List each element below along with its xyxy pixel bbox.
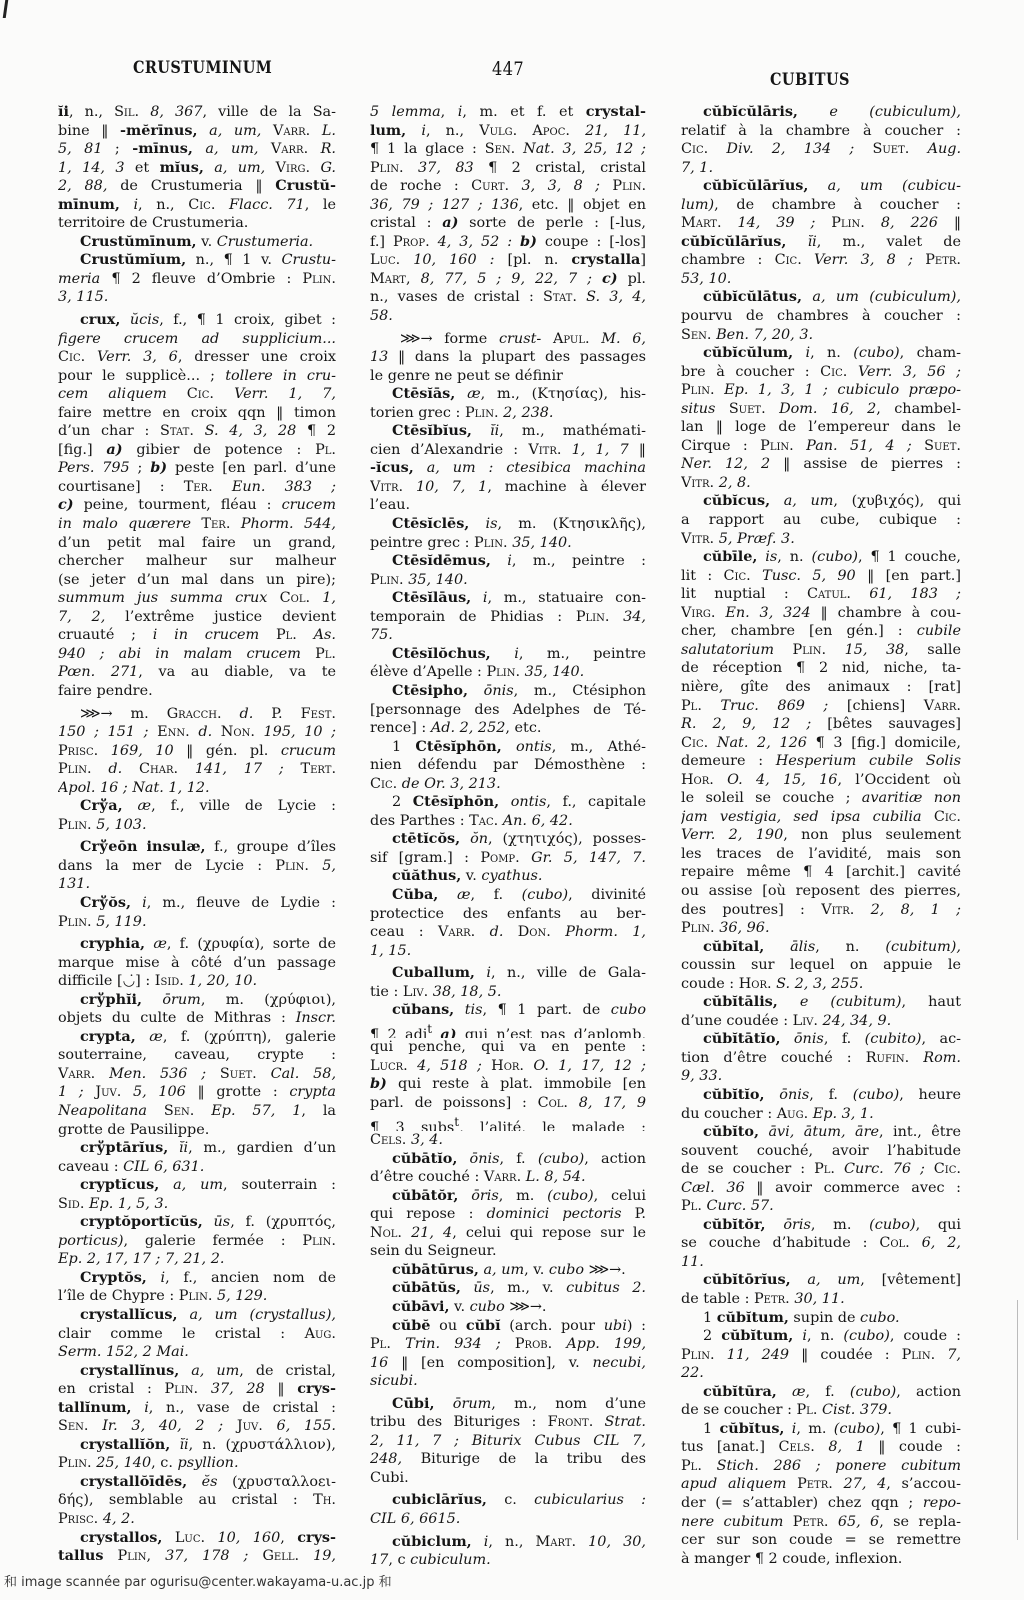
entry-line: du coucher : Aug. Ep. 3, 1. (681, 1105, 961, 1124)
entry-line: in malo quærere Ter. Phorm. 544, (58, 515, 336, 534)
entry-line: figere crucem ad supplicium... (58, 330, 336, 349)
entry-line: 5 lemma, i, m. et f. et crystal- (370, 103, 646, 122)
entry-line: Ctēsĭbĭus, ĭi, m., mathémati- (370, 422, 646, 441)
entry-line: cryphia, æ, f. (χρυφία), sorte de (58, 935, 336, 954)
entry-line: Pœn. 271, va au diable, va te (58, 663, 336, 682)
entry-line: situs Suet. Dom. 16, 2, chambel- (681, 400, 961, 419)
entry-line: Cirque : Plin. Pan. 51, 4 ; Suet. (681, 437, 961, 456)
entry-line: cem aliquem Cic. Verr. 1, 7, (58, 385, 336, 404)
entry-line: sein du Seigneur. (370, 1242, 646, 1261)
entry-line: ¶ 2 adjt a) qui n’est pas d’aplomb, (370, 1020, 646, 1039)
entry-line: Sen. Ir. 3, 40, 2 ; Juv. 6, 155. (58, 1417, 336, 1436)
entry-line: Cic. Verr. 3, 6, dresser une croix (58, 348, 336, 367)
entry-line: sif [gram.] : Pomp. Gr. 5, 147, 7. (370, 849, 646, 868)
entry-line: parl. de poissons] : Col. 8, 17, 9 (370, 1094, 646, 1113)
entry-line: 5, 81 ; -mīnus, a, um, Varr. R. (58, 140, 336, 159)
entry-line: Ctēsĭās, æ, m., (Κτησίας), his- (370, 385, 646, 404)
entry-line: tribu des Bituriges : Front. Strat. (370, 1413, 646, 1432)
entry-line: Sen. Ben. 7, 20, 3. (681, 326, 961, 345)
entry-line: territoire de Crustumeria. (58, 214, 336, 233)
entry-line: cŭbātĭo, ōnis, f. (cubo), action (370, 1150, 646, 1169)
entry-line: ou assise [où reposent des pierres, (681, 882, 961, 901)
entry-line: jam vestigia, sed ipsa cubilia Cic. (681, 808, 961, 827)
entry-line: Crўeōn insulæ, f., groupe d’îles (58, 838, 336, 857)
entry-line: marque mise à côté d’un passage (58, 954, 336, 973)
entry-line: Pl. Truc. 869 ; [chiens] Varr. (681, 697, 961, 716)
entry-line: summum jus summa crux Col. 1, (58, 589, 336, 608)
entry-line: pour le supplicè... ; tollere in cru- (58, 367, 336, 386)
entry-line: objets du culte de Mithras : Inscr. (58, 1009, 336, 1028)
entry-line: crypta, æ, f. (χρύπτη), galerie (58, 1028, 336, 1047)
entry-line: tallĭnum, i, n., vase de cristal : (58, 1399, 336, 1418)
entry-line: der (= s’attabler) chez qqn ; repo- (681, 1494, 961, 1513)
entry-line: cŭbĭcŭlāris, e (cubiculum), (681, 103, 961, 122)
entry-line: Ep. 2, 17, 17 ; 7, 21, 2. (58, 1250, 336, 1269)
entry-line: dans la mer de Lycie : Plin. 5, (58, 857, 336, 876)
entry-line: 940 ; abi in malam crucem Pl. (58, 645, 336, 664)
entry-line: CIL 6, 6615. (370, 1510, 646, 1529)
entry-line: ceau : Varr. d. Don. Phorm. 1, (370, 923, 646, 942)
entry-line: Vitr. 10, 7, 1, machine à élever (370, 478, 646, 497)
entry-line: coude : Hor. S. 2, 3, 255. (681, 975, 961, 994)
entry-line: grotte de Pausilippe. (58, 1121, 336, 1140)
scan-credit: 和 image scannée par ogurisu@center.wakay… (4, 1571, 392, 1590)
entry-line: Pl. Curc. 57. (681, 1197, 961, 1216)
entry-line: Vitr. 2, 8. (681, 474, 961, 493)
entry-line: meria ¶ 2 fleuve d’Ombrie : Plin. (58, 270, 336, 289)
entry-line: 7, 2, l’extrême justice devient (58, 608, 336, 627)
entry-line: crystallŏīdēs, ĕs (χρυσταλλοει- (58, 1473, 336, 1492)
entry-line: 131. (58, 875, 336, 894)
entry-line: Plin. 5, 103. (58, 816, 336, 835)
entry-line: Plin. Ep. 1, 3, 1 ; cubiculo præpo- (681, 381, 961, 400)
entry-line: Apol. 16 ; Nat. 1, 12. (58, 779, 336, 798)
entry-line: 1 cŭbĭtum, supin de cubo. (681, 1309, 961, 1328)
entry-line: repaire même ¶ 4 [archit.] cavité (681, 863, 961, 882)
entry-line: lit : Cic. Tusc. 5, 90 ‖ [en part.] (681, 567, 961, 586)
entry-line: Varr. Men. 536 ; Suet. Cal. 58, (58, 1065, 336, 1084)
entry-line: crystallĭŏn, ĭi, n. (χρυστάλλιον), (58, 1436, 336, 1455)
entry-line: crystallĭcus, a, um (crystallus), (58, 1306, 336, 1325)
entry-line: cŭbĕ ou cŭbĭ (arch. pour ubi) : (370, 1317, 646, 1336)
entry-line: d’un petit mal faire un grand, (58, 534, 336, 553)
entry-line: 150 ; 151 ; Enn. d. Non. 195, 10 ; (58, 723, 336, 742)
entry-line: cŭbĭtūra, æ, f. (cubo), action (681, 1383, 961, 1402)
entry-line: lan ‖ loge de l’empereur dans le (681, 418, 961, 437)
entry-line: Lucr. 4, 518 ; Hor. O. 1, 17, 12 ; (370, 1057, 646, 1076)
entry-line: lum), de chambre à coucher : (681, 196, 961, 215)
entry-line: de réception ¶ 2 nid, niche, ta- (681, 659, 961, 678)
entry-line: Virg. En. 3, 324 ‖ chambre à cou- (681, 604, 961, 623)
entry-line: cŭbĭto, āvi, ātum, āre, int., être (681, 1123, 961, 1142)
entry-line: cŭăthus, v. cyathus. (370, 867, 646, 886)
entry-line: (se jeter d’un mal dans un pire); (58, 571, 336, 590)
entry-line: tie : Liv. 38, 18, 5. (370, 983, 646, 1002)
entry-line: cryptŏportĭcŭs, ūs, f. (χρυπτός, (58, 1213, 336, 1232)
entry-line: rence] : Ad. 2, 252, etc. (370, 719, 646, 738)
entry-line: cŭbĭtōrĭus, a, um, [vêtement] (681, 1271, 961, 1290)
entry-line: qui repose : dominici pectoris P. (370, 1205, 646, 1224)
entry-line: le soleil se couche ; avaritiæ non (681, 789, 961, 808)
entry-line: 17, c cubiculum. (370, 1551, 646, 1570)
entry-line: se couche d’habitude : Col. 6, 2, (681, 1234, 961, 1253)
entry-line: R. 2, 9, 12 ; [bêtes sauvages] (681, 715, 961, 734)
entry-line: des Parthes : Tac. An. 6, 42. (370, 812, 646, 831)
entry-line: nien défendu par Démosthène : (370, 756, 646, 775)
entry-line: l’île de Chypre : Plin. 5, 129. (58, 1287, 336, 1306)
entry-line: cŭbĭtālis, e (cubitum), haut (681, 993, 961, 1012)
entry-line: les traces de l’avidité, mais son (681, 845, 961, 864)
entry-line: Cubi. (370, 1469, 646, 1488)
entry-line: apud aliquem Petr. 27, 4, s’accou- (681, 1475, 961, 1494)
entry-line: b) qui reste à plat. immobile [en (370, 1075, 646, 1094)
entry-line: 13 ‖ dans la plupart des passages (370, 348, 646, 367)
entry-line: chambre : Cic. Verr. 3, 8 ; Petr. (681, 251, 961, 270)
entry-line: Ctēsĭdēmus, i, m., peintre : (370, 552, 646, 571)
entry-line: 16 ‖ [en composition], v. necubi, (370, 1354, 646, 1373)
entry-line: ctētĭcŏs, ŏn, (χτητιχός), posses- (370, 830, 646, 849)
entry-line: porticus), galerie fermée : Plin. (58, 1232, 336, 1251)
entry-line: Cæl. 36 ‖ avoir commerce avec : (681, 1179, 961, 1198)
entry-line: faire mettre en croix qqn ‖ timon (58, 404, 336, 423)
entry-line: qui penche, qui va en pente : (370, 1038, 646, 1057)
entry-line: cŭbĭcŭlārĭus, a, um (cubicu- (681, 177, 961, 196)
entry-line: bine ‖ -mĕrīnus, a, um, Varr. L. (58, 122, 336, 141)
entry-line: de se coucher : Pl. Cist. 379. (681, 1401, 961, 1420)
entry-line: 248, Biturige de la tribu des (370, 1450, 646, 1469)
entry-line: δής), semblable au cristal : Th. (58, 1491, 336, 1510)
entry-line: Plin. 37, 83 ¶ 2 cristal, cristal (370, 159, 646, 178)
entry-line: cŭbātŭs, ūs, m., v. cubitus 2. (370, 1279, 646, 1298)
entry-line: cŭbātūrus, a, um, v. cubo ⋙→. (370, 1261, 646, 1280)
entry-line: crystallĭnus, a, um, de cristal, (58, 1362, 336, 1381)
entry-line: crўphĭi, ōrum, m. (χρύφιοι), (58, 991, 336, 1010)
entry-line: ⋙→ m. Gracch. d. P. Fest. (58, 705, 336, 724)
running-head-left: CRUSTUMINUM (133, 58, 272, 78)
entry-line: Crўŏs, i, m., fleuve de Lydie : (58, 894, 336, 913)
entry-line: 1 Ctēsĭphōn, ontis, m., Athé- (370, 738, 646, 757)
entry-line: Plin. 11, 249 ‖ coudée : Plin. 7, (681, 1346, 961, 1365)
entry-line: Ctēsĭlāus, i, m., statuaire con- (370, 589, 646, 608)
entry-line: cŭbans, tis, ¶ 1 part. de cubo (370, 1001, 646, 1020)
entry-line: protectice des enfants au ber- (370, 905, 646, 924)
entry-line: 1 cŭbĭtus, i, m. (cubo), ¶ 1 cubi- (681, 1420, 961, 1439)
entry-line: Sid. Ep. 1, 5, 3. (58, 1195, 336, 1214)
entry-line: Luc. 10, 160 : [pl. n. crystalla] (370, 251, 646, 270)
entry-line: a rapport au cube, cubique : (681, 511, 961, 530)
scan-corner-mark (3, 0, 9, 18)
entry-line: crўptārĭus, ĭi, m., gardien d’un (58, 1139, 336, 1158)
entry-line: lit nuptial : Catul. 61, 183 ; (681, 585, 961, 604)
entry-line: Cic. de Or. 3, 213. (370, 775, 646, 794)
entry-line: cŭbiclum, i, n., Mart. 10, 30, (370, 1533, 646, 1552)
entry-line: de table : Petr. 30, 11. (681, 1290, 961, 1309)
entry-line: cŭbĭcŭlārĭus, ĭi, m., valet de (681, 233, 961, 252)
entry-line: peintre grec : Plin. 35, 140. (370, 534, 646, 553)
entry-line: 3, 115. (58, 288, 336, 307)
entry-line: cŭbīle, is, n. (cubo), ¶ 1 couche, (681, 548, 961, 567)
entry-line: Cŭba, æ, f. (cubo), divinité (370, 886, 646, 905)
entry-line: de se coucher : Pl. Curc. 76 ; Cic. (681, 1160, 961, 1179)
entry-line: coussin sur lequel on appuie le (681, 956, 961, 975)
entry-line: 2, 88, de Crustumeria ‖ Crustŭ- (58, 177, 336, 196)
entry-line: cristal : a) sorte de perle : [-lus, (370, 214, 646, 233)
entry-line: Cūbi, ōrum, m., nom d’une (370, 1395, 646, 1414)
entry-line: 2, 11, 7 ; Biturix Cubus CIL 7, (370, 1432, 646, 1451)
entry-line: 75. (370, 626, 646, 645)
entry-line: nière, gîte des animaux : [rat] (681, 678, 961, 697)
entry-line: demeure : Hesperium cubile Solis (681, 752, 961, 771)
entry-line: à manger ¶ 2 coude, inflexion. (681, 1550, 961, 1569)
entry-line: difficile [◡̇] : Isid. 1, 20, 10. (58, 972, 336, 991)
page-number: 447 (492, 58, 524, 80)
entry-line: Cic. Div. 2, 134 ; Suet. Aug. (681, 140, 961, 159)
entry-line: tion d’être couché : Rufin. Rom. (681, 1049, 961, 1068)
entry-line: n., vases de cristal : Stat. S. 3, 4, (370, 288, 646, 307)
entry-line: ¶ 3 subst, l’alité, le malade : (370, 1113, 646, 1132)
entry-line: cer sur son coude = se remettre (681, 1531, 961, 1550)
entry-line: d’un char : Stat. S. 4, 3, 28 ¶ 2 (58, 422, 336, 441)
entry-line: Cuballum, i, n., ville de Gala- (370, 964, 646, 983)
scan-edge-line (1017, 1300, 1018, 1540)
entry-line: cryptĭcus, a, um, souterrain : (58, 1176, 336, 1195)
entry-line: Mart. 14, 39 ; Plin. 8, 226 ‖ (681, 214, 961, 233)
entry-line: chercher malheur sur malheur (58, 552, 336, 571)
entry-line: 9, 33. (681, 1067, 961, 1086)
entry-line: Plin. d. Char. 141, 17 ; Tert. (58, 760, 336, 779)
entry-line: Crustŭmĭum, n., ¶ 1 v. Crustu- (58, 251, 336, 270)
entry-line: 22. (681, 1364, 961, 1383)
entry-line: Pers. 795 ; b) peste [en parl. d’une (58, 459, 336, 478)
entry-line: Cic. Nat. 2, 126 ¶ 3 [fig.] domicile, (681, 734, 961, 753)
entry-line: Ner. 12, 2 ‖ assise de pierres : (681, 455, 961, 474)
entry-line: Crўa, æ, f., ville de Lycie : (58, 797, 336, 816)
entry-line: -ĭcus, a, um : ctesibica machina (370, 459, 646, 478)
entry-line: en cristal : Plin. 37, 28 ‖ crys- (58, 1380, 336, 1399)
entry-line: cŭbĭcŭlum, i, n. (cubo), cham- (681, 344, 961, 363)
entry-line: Hor. O. 4, 15, 16, l’Occident où (681, 771, 961, 790)
entry-line: ¶ 1 la glace : Sen. Nat. 3, 25, 12 ; (370, 140, 646, 159)
entry-line: salutatorium Plin. 15, 38, salle (681, 641, 961, 660)
entry-line: tus [anat.] Cels. 8, 1 ‖ coude : (681, 1438, 961, 1457)
entry-line: d’être couché : Varr. L. 8, 54. (370, 1168, 646, 1187)
entry-line: cŭbātŏr, ōris, m. (cubo), celui (370, 1187, 646, 1206)
entry-line: torien grec : Plin. 2, 238. (370, 404, 646, 423)
entry-line: Plin. 25, 140, c. psyllion. (58, 1454, 336, 1473)
entry-line: caveau : CIL 6, 631. (58, 1158, 336, 1177)
entry-line: 36, 79 ; 127 ; 136, etc. ‖ objet en (370, 196, 646, 215)
entry-line: le genre ne peut se définir (370, 367, 646, 386)
entry-line: [fig.] a) gibier de potence : Pl. (58, 441, 336, 460)
entry-line: Plin. 5, 119. (58, 913, 336, 932)
entry-line: bre à coucher : Cic. Verr. 3, 56 ; (681, 363, 961, 382)
entry-line: lum, i, n., Vulg. Apoc. 21, 11, (370, 122, 646, 141)
entry-line: Pl. Stich. 286 ; ponere cubitum (681, 1457, 961, 1476)
entry-line: des poutres] : Vitr. 2, 8, 1 ; (681, 901, 961, 920)
entry-line: Ctēsĭlŏchus, i, m., peintre (370, 645, 646, 664)
entry-line: cŭbĭtŏr, ōris, m. (cubo), qui (681, 1216, 961, 1235)
entry-line: Vitr. 5, Præf. 3. (681, 530, 961, 549)
entry-line: cŭbĭtal, ālis, n. (cubitum), (681, 938, 961, 957)
entry-line: sicubi. (370, 1372, 646, 1391)
entry-line: cŭbāvi, v. cubo ⋙→. (370, 1298, 646, 1317)
entry-line: cien d’Alexandrie : Vitr. 1, 1, 7 ‖ (370, 441, 646, 460)
entry-line: 58. (370, 307, 646, 326)
entry-line: cŭbĭcus, a, um, (χυβιχός), qui (681, 492, 961, 511)
dictionary-column-2: 5 lemma, i, m. et f. et crystal-lum, i, … (370, 103, 646, 1570)
entry-line: cher, chambre [en gén.] : cubile (681, 622, 961, 641)
entry-line: 1, 15. (370, 942, 646, 961)
entry-line: élève d’Apelle : Plin. 35, 140. (370, 663, 646, 682)
running-head-right: CUBITUS (770, 70, 850, 90)
entry-line: cubiclārĭus, c. cubicularius : (370, 1491, 646, 1510)
entry-line: [personnage des Adelphes de Té- (370, 701, 646, 720)
entry-line: Nol. 21, 4, celui qui repose sur le (370, 1224, 646, 1243)
entry-line: c) peine, tourment, fléau : crucem (58, 496, 336, 515)
entry-line: Cryptŏs, i, f., ancien nom de (58, 1269, 336, 1288)
entry-line: souterraine, caveau, crypte : (58, 1046, 336, 1065)
entry-line: Pl. Trin. 934 ; Prob. App. 199, (370, 1335, 646, 1354)
entry-line: Ctēsĭclēs, is, m. (Κτησικλῆς), (370, 515, 646, 534)
entry-line: tallus Plin, 37, 178 ; Gell. 19, (58, 1547, 336, 1566)
entry-line: Prisc. 4, 2. (58, 1510, 336, 1529)
entry-line: cŭbĭtĭo, ōnis, f. (cubo), heure (681, 1086, 961, 1105)
dictionary-column-1: ĭi, n., Sil. 8, 367, ville de la Sa-bine… (58, 103, 336, 1566)
entry-line: Serm. 152, 2 Mai. (58, 1343, 336, 1362)
entry-line: Plin. 36, 96. (681, 919, 961, 938)
entry-line: d’une coudée : Liv. 24, 34, 9. (681, 1012, 961, 1031)
entry-line: 2 cŭbĭtum, i, n. (cubo), coude : (681, 1327, 961, 1346)
entry-line: 11. (681, 1253, 961, 1272)
entry-line: pourvu de chambres à coucher : (681, 307, 961, 326)
entry-line: Cels. 3, 4. (370, 1131, 646, 1150)
entry-line: de roche : Curt. 3, 3, 8 ; Plin. (370, 177, 646, 196)
entry-line: crystallos, Luc. 10, 160, crys- (58, 1529, 336, 1548)
entry-line: cruauté ; i in crucem Pl. As. (58, 626, 336, 645)
entry-line: ⋙→ forme crust- Apul. M. 6, (370, 330, 646, 349)
entry-line: Neapolitana Sen. Ep. 57, 1, la (58, 1102, 336, 1121)
entry-line: f.] Prop. 4, 3, 52 : b) coupe : [-los] (370, 233, 646, 252)
entry-line: l’eau. (370, 496, 646, 515)
entry-line: nere cubitum Petr. 65, 6, se repla- (681, 1513, 961, 1532)
entry-line: temporain de Phidias : Plin. 34, (370, 608, 646, 627)
entry-line: crux, ŭcis, f., ¶ 1 croix, gibet : (58, 311, 336, 330)
entry-line: 2 Ctēsĭphōn, ontis, f., capitale (370, 793, 646, 812)
entry-line: clair comme le cristal : Aug. (58, 1325, 336, 1344)
entry-line: Verr. 2, 190, non plus seulement (681, 826, 961, 845)
entry-line: ĭi, n., Sil. 8, 367, ville de la Sa- (58, 103, 336, 122)
entry-line: 53, 10. (681, 270, 961, 289)
entry-line: Plin. 35, 140. (370, 571, 646, 590)
entry-line: mīnum, i, n., Cic. Flacc. 71, le (58, 196, 336, 215)
entry-line: Ctēsipho, ōnis, m., Ctésiphon (370, 682, 646, 701)
entry-line: 1 ; Juv. 5, 106 ‖ grotte : crypta (58, 1083, 336, 1102)
entry-line: faire pendre. (58, 682, 336, 701)
entry-line: Prisc. 169, 10 ‖ gén. pl. crucum (58, 742, 336, 761)
entry-line: 1, 14, 3 et mĭus, a, um, Virg. G. (58, 159, 336, 178)
entry-line: souvent couché, avoir l’habitude (681, 1142, 961, 1161)
dictionary-column-3: cŭbĭcŭlāris, e (cubiculum),relatif à la … (681, 103, 961, 1568)
entry-line: Mart, 8, 77, 5 ; 9, 22, 7 ; c) pl. (370, 270, 646, 289)
entry-line: Crustŭmīnum, v. Crustumeria. (58, 233, 336, 252)
entry-line: courtisane] : Ter. Eun. 383 ; (58, 478, 336, 497)
entry-line: relatif à la chambre à coucher : (681, 122, 961, 141)
entry-line: 7, 1. (681, 159, 961, 178)
entry-line: cŭbĭtātĭo, ōnis, f. (cubito), ac- (681, 1030, 961, 1049)
entry-line: cŭbĭcŭlātus, a, um (cubiculum), (681, 288, 961, 307)
